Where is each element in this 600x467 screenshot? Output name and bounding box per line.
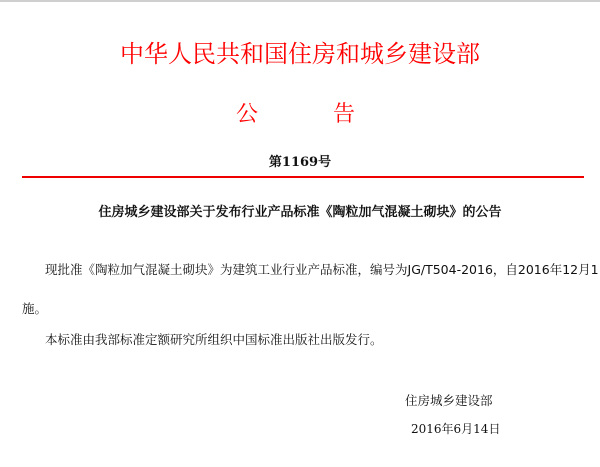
document-number: 第1169号 bbox=[0, 154, 600, 172]
issuer-title: 中华人民共和国住房和城乡建设部 bbox=[0, 38, 600, 70]
notice-heading-char: 公 bbox=[236, 100, 258, 130]
notice-heading-char: 告 bbox=[333, 100, 355, 130]
paragraph-1-line-2: 施。 bbox=[22, 300, 47, 318]
subject-title: 住房城乡建设部关于发布行业产品标准《陶粒加气混凝土砌块》的公告 bbox=[0, 204, 600, 222]
red-divider bbox=[22, 176, 584, 178]
paragraph-2: 本标准由我部标准定额研究所组织中国标准出版社出版发行。 bbox=[45, 331, 383, 349]
signature: 住房城乡建设部 bbox=[405, 392, 493, 410]
issue-date: 2016年6月14日 bbox=[411, 420, 500, 438]
notice-heading: 公 告 bbox=[0, 100, 600, 130]
top-border bbox=[0, 0, 600, 2]
paragraph-1-line-1: 现批准《陶粒加气混凝土砌块》为建筑工业行业产品标准，编号为JG/T504-201… bbox=[45, 261, 600, 279]
